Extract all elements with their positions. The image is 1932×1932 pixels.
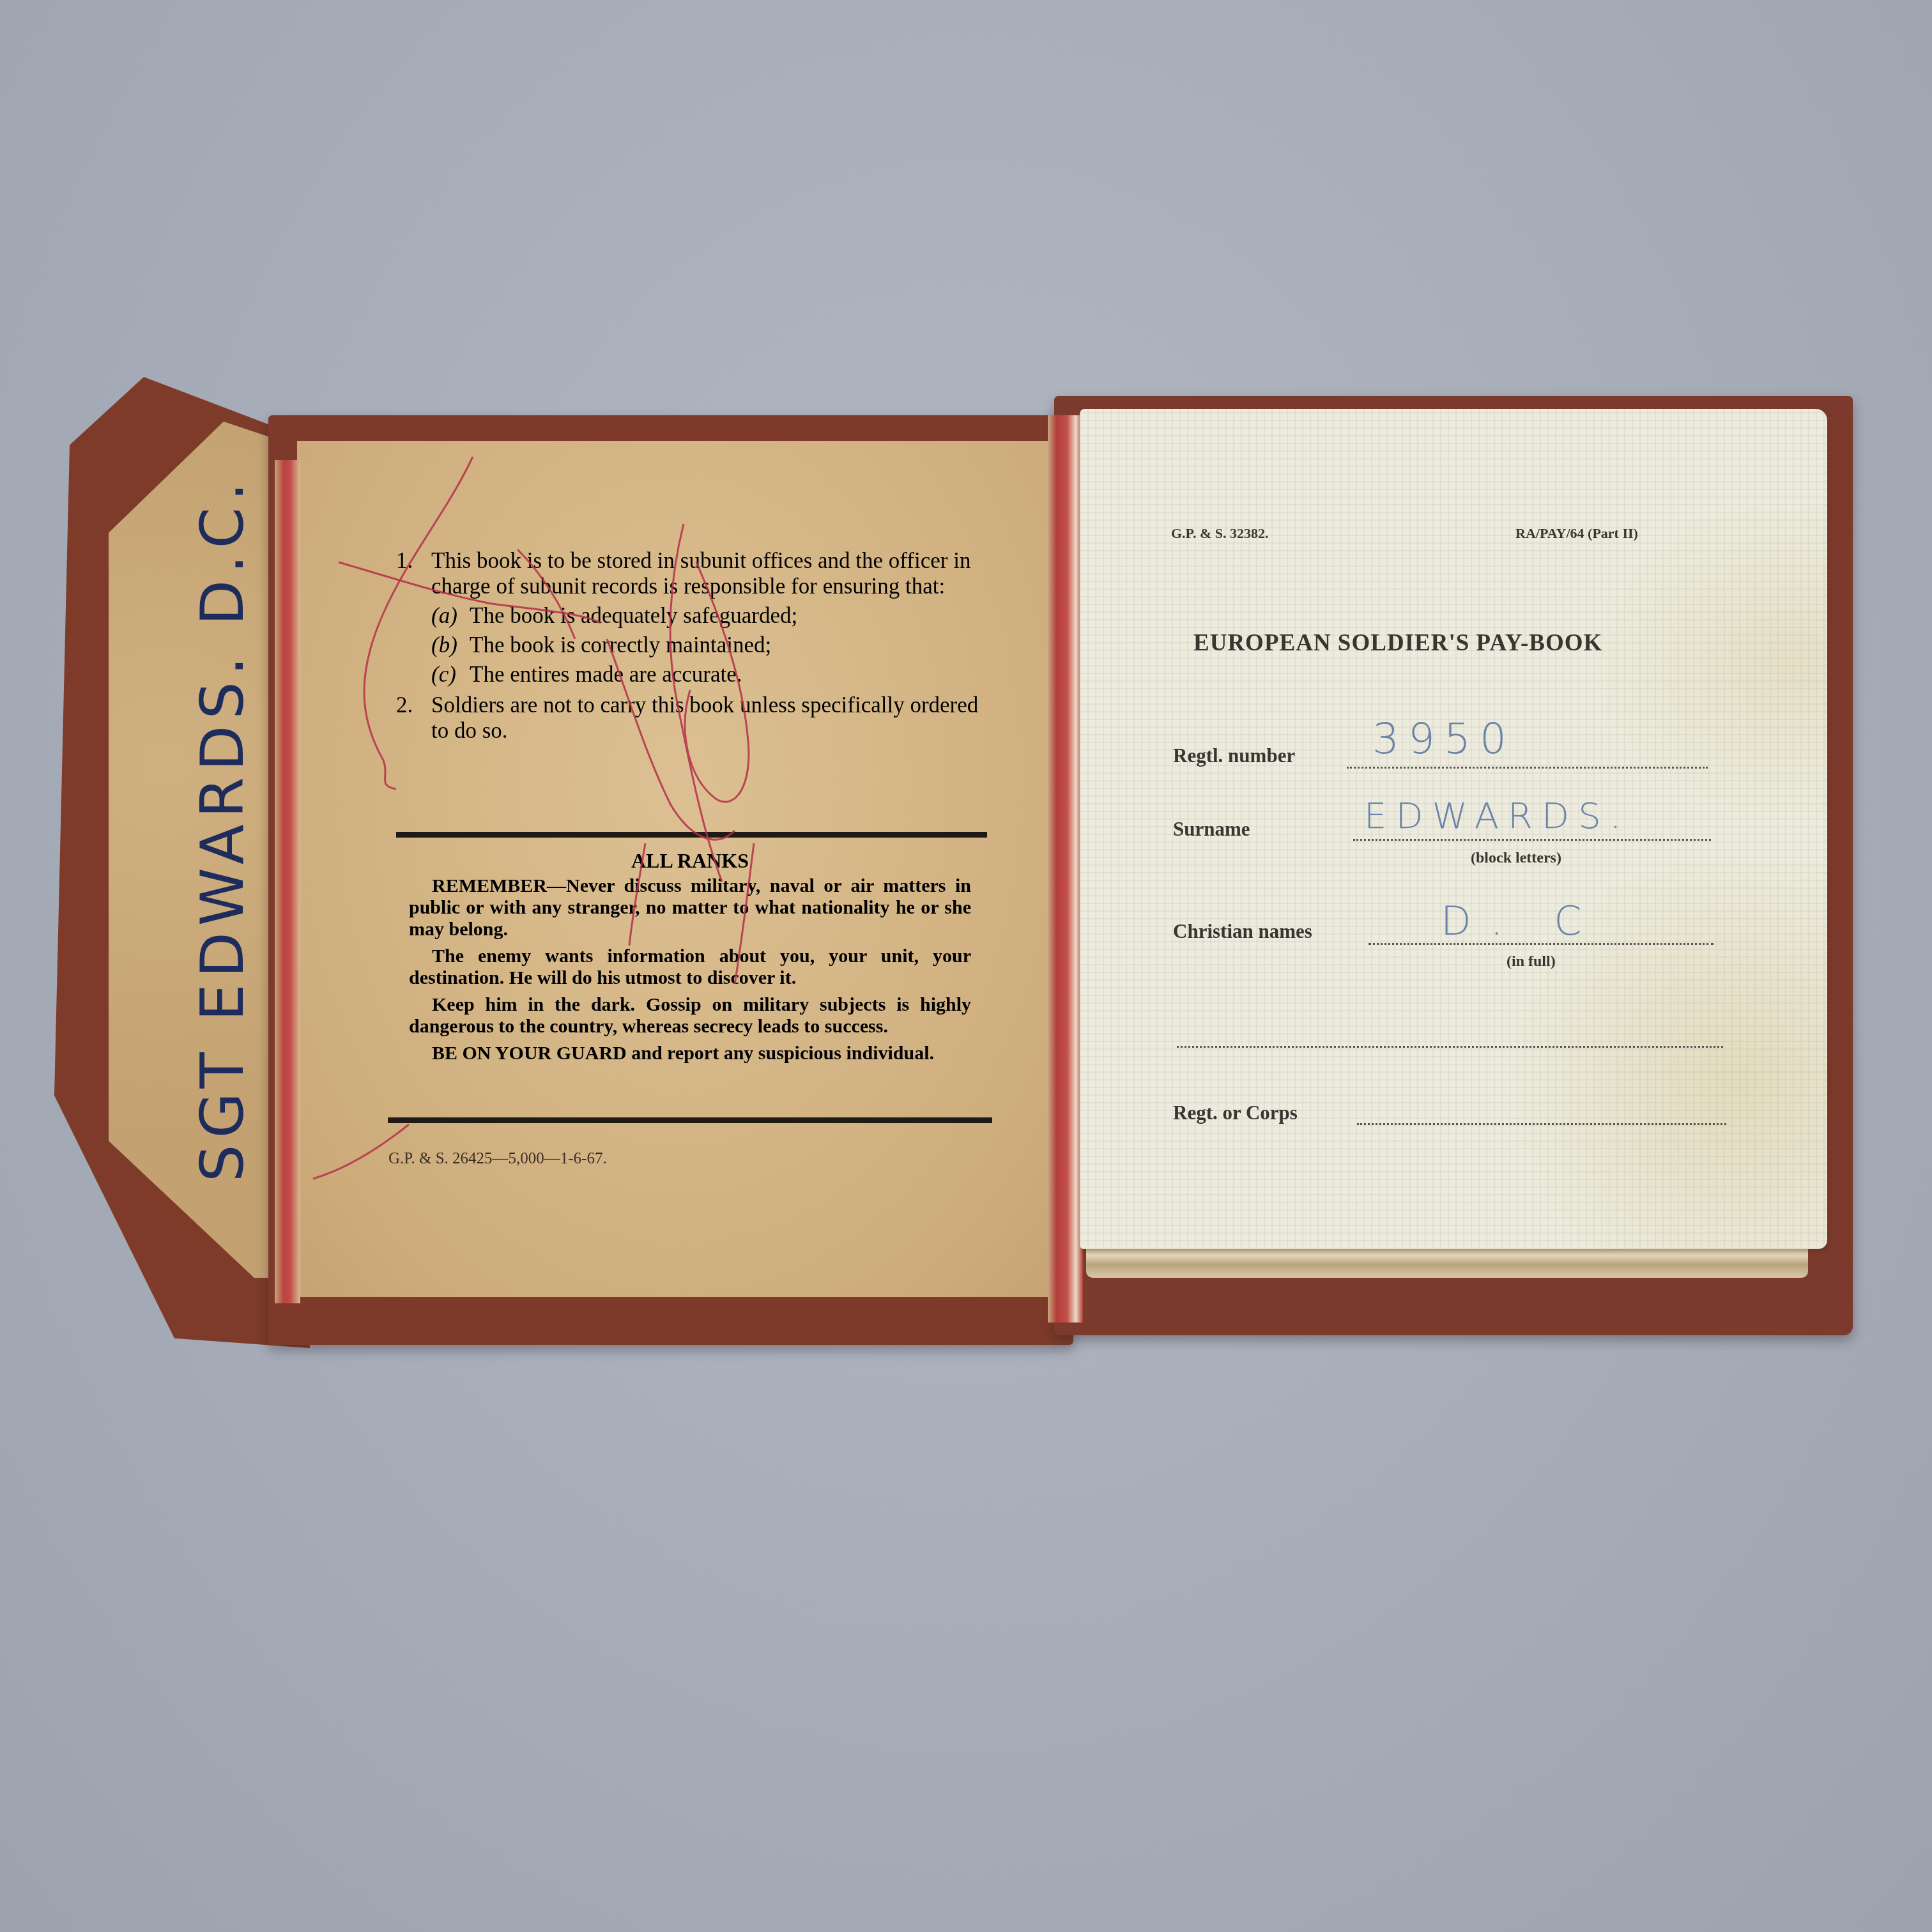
paybook-printer-code: G.P. & S. 32382. bbox=[1171, 525, 1269, 542]
instructions-list: 1. This book is to be stored in subunit … bbox=[396, 548, 990, 749]
instruction-number: 1. bbox=[396, 548, 413, 574]
christian-names-note: (in full) bbox=[1506, 953, 1556, 970]
notice-heading: ALL RANKS bbox=[409, 850, 971, 871]
christian-names-continuation-line bbox=[1177, 1046, 1723, 1048]
divider-rule bbox=[396, 832, 987, 838]
regtl-number-line bbox=[1347, 767, 1708, 769]
surname-line bbox=[1353, 839, 1711, 841]
instruction-number: 2. bbox=[396, 693, 413, 718]
subitem-label: (b) bbox=[431, 632, 457, 658]
subitem-label: (c) bbox=[431, 662, 456, 687]
subitem-text: The entires made are accurate. bbox=[470, 662, 742, 687]
notice-paragraph: BE ON YOUR GUARD and report any suspicio… bbox=[409, 1043, 971, 1064]
instruction-subitem: (a) The book is adequately safeguarded; bbox=[431, 603, 990, 629]
instruction-subitem: (c) The entires made are accurate. bbox=[431, 662, 990, 687]
handwritten-owner-name: SGT EDWARDS. D.C. bbox=[188, 632, 278, 1182]
paybook-form-code: RA/PAY/64 (Part II) bbox=[1515, 525, 1638, 542]
instruction-subitem: (b) The book is correctly maintained; bbox=[431, 632, 990, 658]
binding-strip-left bbox=[275, 460, 300, 1303]
regt-corps-label: Regt. or Corps bbox=[1173, 1101, 1298, 1124]
subitem-text: The book is adequately safeguarded; bbox=[470, 603, 797, 628]
notice-paragraph: Keep him in the dark. Gossip on military… bbox=[409, 994, 971, 1038]
regtl-number-value[interactable]: 3950 bbox=[1372, 714, 1515, 763]
divider-rule bbox=[388, 1117, 992, 1123]
all-ranks-notice: ALL RANKS REMEMBER—Never discuss militar… bbox=[409, 850, 971, 1069]
subitem-label: (a) bbox=[431, 603, 457, 629]
notice-paragraph: REMEMBER—Never discuss military, naval o… bbox=[409, 875, 971, 940]
printer-code-left: G.P. & S. 26425—5,000—1-6-67. bbox=[388, 1150, 607, 1168]
regtl-number-label: Regtl. number bbox=[1173, 744, 1295, 767]
christian-names-label: Christian names bbox=[1173, 920, 1312, 943]
surname-note: (block letters) bbox=[1471, 850, 1561, 867]
regt-corps-line bbox=[1357, 1123, 1726, 1125]
surname-label: Surname bbox=[1173, 818, 1250, 841]
subitem-text: The book is correctly maintained; bbox=[470, 632, 771, 657]
paybook-title: EUROPEAN SOLDIER'S PAY-BOOK bbox=[1193, 629, 1602, 657]
instruction-text: This book is to be stored in subunit off… bbox=[431, 548, 970, 599]
notice-paragraph: The enemy wants information about you, y… bbox=[409, 946, 971, 989]
christian-names-value[interactable]: D. C bbox=[1441, 898, 1600, 944]
instruction-item: 2. Soldiers are not to carry this book u… bbox=[396, 693, 990, 744]
surname-value[interactable]: EDWARDS. bbox=[1364, 795, 1630, 837]
instruction-item: 1. This book is to be stored in subunit … bbox=[396, 548, 990, 687]
instruction-text: Soldiers are not to carry this book unle… bbox=[431, 693, 978, 743]
binding-strip-spine bbox=[1048, 415, 1083, 1322]
